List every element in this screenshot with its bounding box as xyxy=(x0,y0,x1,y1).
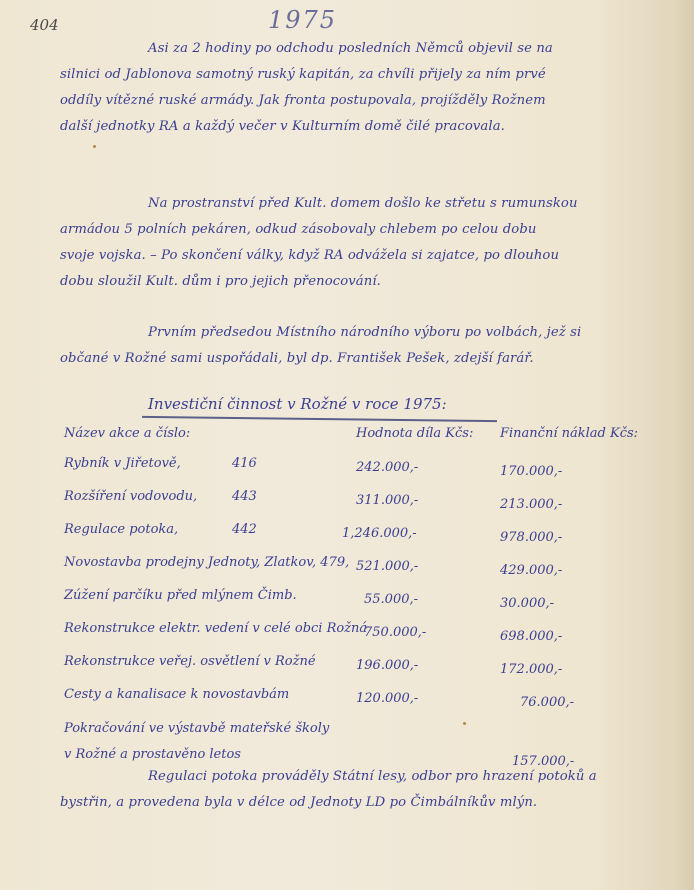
row-cost: 978.000,- xyxy=(500,530,562,545)
row-cost: 213.000,- xyxy=(500,497,562,512)
header-value: Hodnota díla Kčs: xyxy=(356,426,473,441)
row-cost: 76.000,- xyxy=(520,695,574,710)
text-line: Asi za 2 hodiny po odchodu posledních Ně… xyxy=(60,36,660,62)
table-row: Zúžení parčíku před mlýnem Čimb. 55.000,… xyxy=(64,582,684,615)
row-name-line: Pokračování ve výstavbě mateřské školy xyxy=(64,716,329,742)
paragraph-liberation: Asi za 2 hodiny po odchodu posledních Ně… xyxy=(60,36,660,140)
row-value: 750.000,- xyxy=(364,625,426,640)
text-line: Regulaci potoka prováděly Státní lesy, o… xyxy=(60,764,660,790)
row-value: 311.000,- xyxy=(356,493,418,508)
row-name: Pokračování ve výstavbě mateřské školy v… xyxy=(64,716,329,768)
table-row: Rybník v Jiřetově, 416 242.000,- 170.000… xyxy=(64,450,684,483)
row-cost: 172.000,- xyxy=(500,662,562,677)
row-code: 442 xyxy=(232,522,257,537)
row-value: 55.000,- xyxy=(364,592,418,607)
table-row: Rekonstrukce veřej. osvětlení v Rožné 19… xyxy=(64,648,684,681)
text-line: armádou 5 polních pekáren, odkud zásobov… xyxy=(60,217,660,243)
page-number: 404 xyxy=(30,16,59,34)
row-name: Rekonstrukce veřej. osvětlení v Rožné xyxy=(64,654,316,669)
table-row: Pokračování ve výstavbě mateřské školy v… xyxy=(64,714,684,766)
chronicle-page: 404 1975 Asi za 2 hodiny po odchodu posl… xyxy=(0,0,694,890)
text-line: další jednotky RA a každý večer v Kultur… xyxy=(60,114,660,140)
row-value: 120.000,- xyxy=(356,691,418,706)
row-name: Cesty a kanalisace k novostavbám xyxy=(64,687,289,702)
row-cost: 170.000,- xyxy=(500,464,562,479)
header-name: Název akce a číslo: xyxy=(64,426,190,441)
row-name: Novostavba prodejny Jednoty, Zlatkov, 47… xyxy=(64,555,349,570)
paragraph-cultural-house: Na prostranství před Kult. domem došlo k… xyxy=(60,191,660,295)
investment-section-title: Investiční činnost v Rožné v roce 1975: xyxy=(148,395,447,413)
row-cost: 698.000,- xyxy=(500,629,562,644)
row-name: Regulace potoka, xyxy=(64,522,178,537)
text-line: Prvním předsedou Místního národního výbo… xyxy=(60,320,660,346)
text-line: dobu sloužil Kult. dům i pro jejich přen… xyxy=(60,269,660,295)
text-line: svoje vojska. – Po skončení války, když … xyxy=(60,243,660,269)
text-line: bystřin, a provedena byla v délce od Jed… xyxy=(60,790,660,816)
row-code: 443 xyxy=(232,489,257,504)
table-row: Rozšíření vodovodu, 443 311.000,- 213.00… xyxy=(64,483,684,516)
row-value: 242.000,- xyxy=(356,460,418,475)
row-value: 521.000,- xyxy=(356,559,418,574)
text-line: občané v Rožné sami uspořádali, byl dp. … xyxy=(60,346,660,372)
row-name: Rybník v Jiřetově, xyxy=(64,456,181,471)
paragraph-chairman: Prvním předsedou Místního národního výbo… xyxy=(60,320,660,372)
row-code: 416 xyxy=(232,456,257,471)
row-name: Zúžení parčíku před mlýnem Čimb. xyxy=(64,588,297,603)
text-line: Na prostranství před Kult. domem došlo k… xyxy=(60,191,660,217)
row-cost: 30.000,- xyxy=(500,596,554,611)
row-value: 196.000,- xyxy=(356,658,418,673)
table-row: Regulace potoka, 442 1,246.000,- 978.000… xyxy=(64,516,684,549)
row-cost: 429.000,- xyxy=(500,563,562,578)
paper-spot xyxy=(93,145,96,148)
table-row: Rekonstrukce elektr. vedení v celé obci … xyxy=(64,615,684,648)
text-line: oddíly vítězné ruské armády. Jak fronta … xyxy=(60,88,660,114)
header-cost: Finanční náklad Kčs: xyxy=(500,426,638,441)
row-value: 1,246.000,- xyxy=(342,526,417,541)
text-line: silnici od Jablonova samotný ruský kapit… xyxy=(60,62,660,88)
row-name: Rozšíření vodovodu, xyxy=(64,489,197,504)
investment-table: Název akce a číslo: Hodnota díla Kčs: Fi… xyxy=(64,420,684,766)
year-heading: 1975 xyxy=(268,6,337,34)
row-name: Rekonstrukce elektr. vedení v celé obci … xyxy=(64,621,367,636)
table-header: Název akce a číslo: Hodnota díla Kčs: Fi… xyxy=(64,420,684,450)
paragraph-stream-regulation: Regulaci potoka prováděly Státní lesy, o… xyxy=(60,764,660,816)
table-row: Cesty a kanalisace k novostavbám 120.000… xyxy=(64,681,684,714)
table-row: Novostavba prodejny Jednoty, Zlatkov, 47… xyxy=(64,549,684,582)
